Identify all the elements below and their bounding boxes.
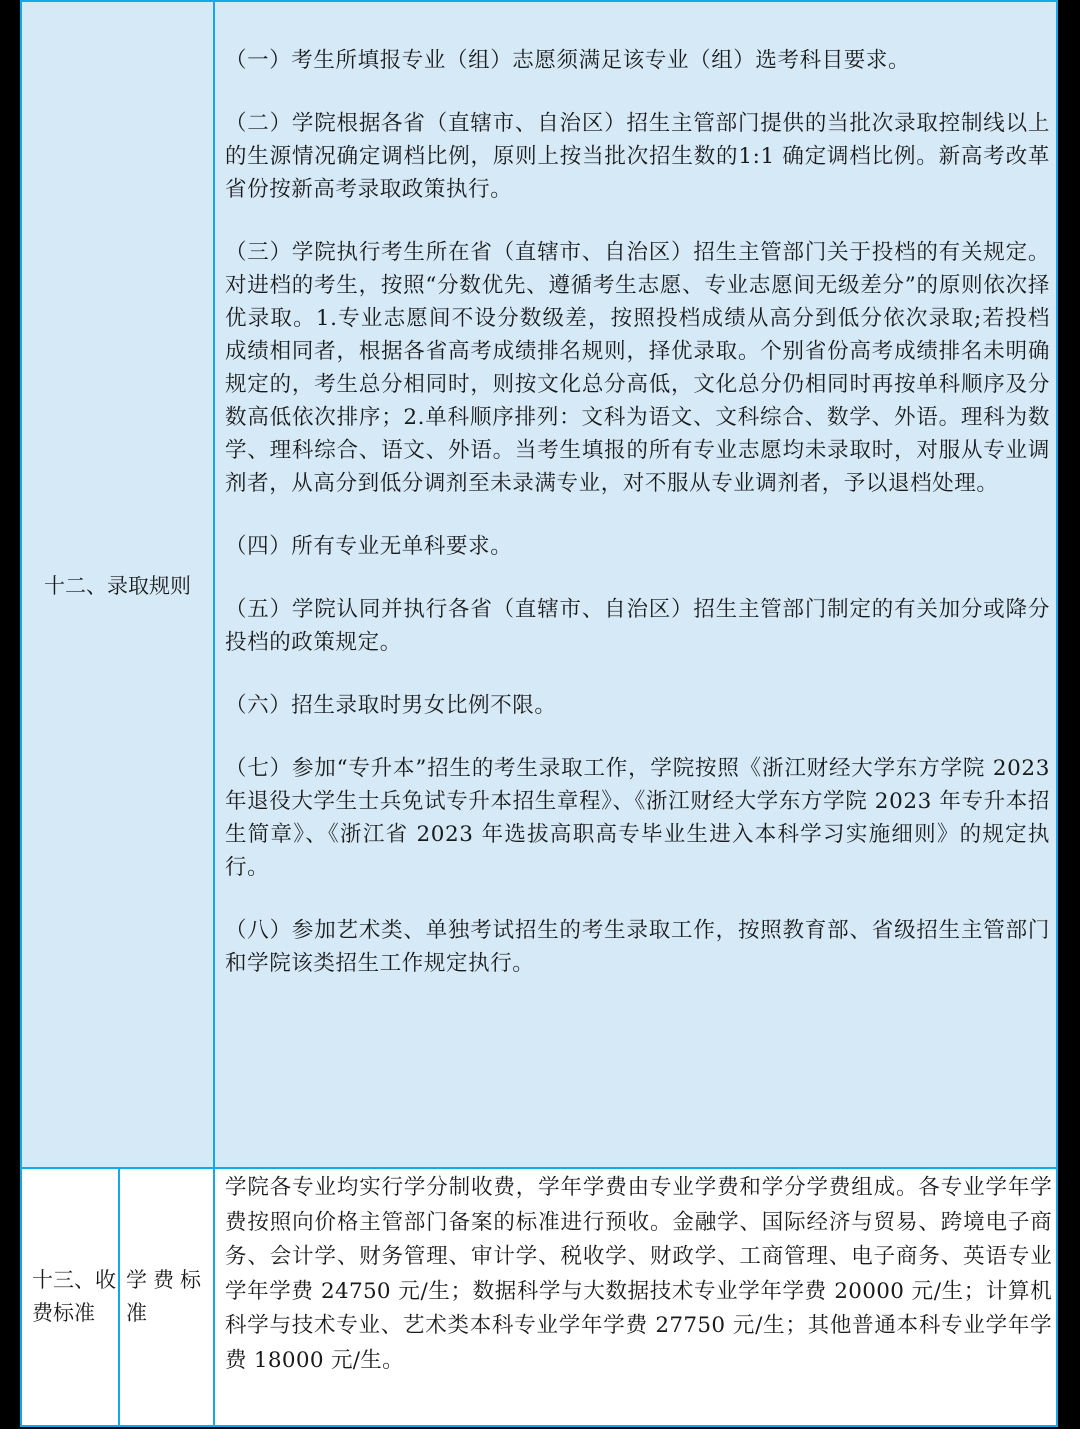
rule-paragraph-1: （一）考生所填报专业（组）志愿须满足该专业（组）选考科目要求。 [225, 44, 1050, 77]
admission-rules-content: （一）考生所填报专业（组）志愿须满足该专业（组）选考科目要求。 （二）学院根据各… [215, 2, 1056, 1167]
tuition-standard-content: 学院各专业均实行学分制收费，学年学费由专业学费和学分学费组成。各专业学年学费按照… [215, 1169, 1056, 1425]
rule-paragraph-8: （八）参加艺术类、单独考试招生的考生录取工作，按照教育部、省级招生主管部门和学院… [225, 914, 1050, 980]
tuition-standard-label: 学费标准 [120, 1169, 215, 1425]
admission-table: 十二、录取规则 （一）考生所填报专业（组）志愿须满足该专业（组）选考科目要求。 … [20, 0, 1058, 1427]
rule-paragraph-7: （七）参加“专升本”招生的考生录取工作，学院按照《浙江财经大学东方学院 2023… [225, 752, 1050, 884]
admission-rules-label: 十二、录取规则 [22, 2, 215, 1167]
rule-paragraph-6: （六）招生录取时男女比例不限。 [225, 689, 1050, 722]
rule-paragraph-4: （四）所有专业无单科要求。 [225, 530, 1050, 563]
row-admission-rules: 十二、录取规则 （一）考生所填报专业（组）志愿须满足该专业（组）选考科目要求。 … [22, 0, 1056, 1169]
rule-paragraph-3: （三）学院执行考生所在省（直辖市、自治区）招生主管部门关于投档的有关规定。对进档… [225, 236, 1050, 500]
fee-standard-label: 十三、收费标准 [22, 1169, 120, 1425]
row-fee-standard: 十三、收费标准 学费标准 学院各专业均实行学分制收费，学年学费由专业学费和学分学… [22, 1169, 1056, 1425]
rule-paragraph-2: （二）学院根据各省（直辖市、自治区）招生主管部门提供的当批次录取控制线以上的生源… [225, 107, 1050, 206]
rule-paragraph-5: （五）学院认同并执行各省（直辖市、自治区）招生主管部门制定的有关加分或降分投档的… [225, 593, 1050, 659]
